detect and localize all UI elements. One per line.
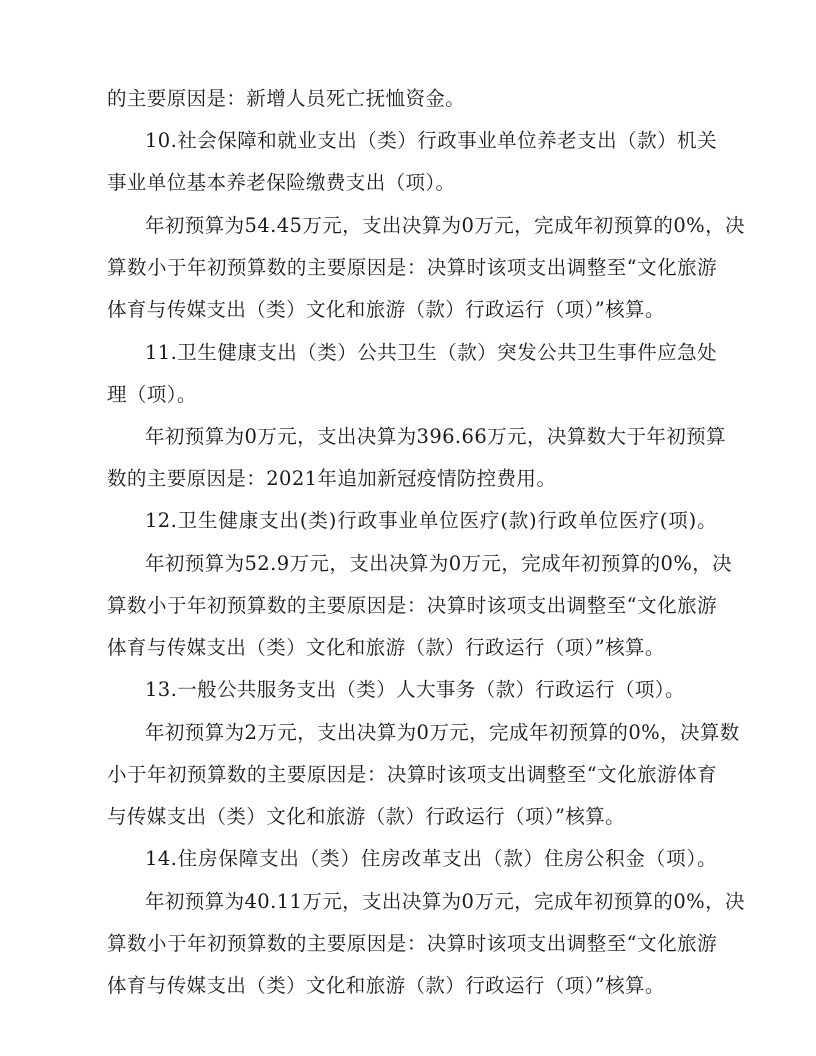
item-12-budget-text-cont: 算数小于年初预算数的主要原因是：决算时该项支出调整至“文化旅游 [107, 591, 717, 621]
document-page: 的主要原因是：新增人员死亡抚恤资金。 10.社会保障和就业支出（类）行政事业单位… [0, 0, 816, 1056]
item-12-budget-text-end: 体育与传媒支出（类）文化和旅游（款）行政运行（项）”核算。 [107, 633, 717, 663]
item-14-budget-text-cont: 算数小于年初预算数的主要原因是：决算时该项支出调整至“文化旅游 [107, 929, 717, 959]
item-10-budget-text-end: 体育与传媒支出（类）文化和旅游（款）行政运行（项）”核算。 [107, 295, 717, 325]
item-10-heading: 10.社会保障和就业支出（类）行政事业单位养老支出（款）机关 [145, 126, 717, 156]
item-10-budget-text: 年初预算为54.45万元，支出决算为0万元，完成年初预算的0%，决 [145, 211, 717, 241]
continuation-line-reason-9: 的主要原因是：新增人员死亡抚恤资金。 [107, 84, 717, 114]
item-13-budget-text: 年初预算为2万元，支出决算为0万元，完成年初预算的0%，决算数 [145, 718, 717, 748]
item-12-budget-text: 年初预算为52.9万元，支出决算为0万元，完成年初预算的0%，决 [145, 549, 717, 579]
item-14-budget-text-end: 体育与传媒支出（类）文化和旅游（款）行政运行（项）”核算。 [107, 971, 717, 1001]
item-11-heading-cont: 理（项）。 [107, 380, 717, 410]
item-11-heading: 11.卫生健康支出（类）公共卫生（款）突发公共卫生事件应急处 [145, 338, 717, 368]
item-13-budget-text-cont: 小于年初预算数的主要原因是：决算时该项支出调整至“文化旅游体育 [107, 760, 717, 790]
item-11-budget-text: 年初预算为0万元，支出决算为396.66万元，决算数大于年初预算 [145, 422, 717, 452]
item-12-heading: 12.卫生健康支出(类)行政事业单位医疗(款)行政单位医疗(项)。 [145, 506, 717, 536]
item-13-budget-text-end: 与传媒支出（类）文化和旅游（款）行政运行（项）”核算。 [107, 802, 717, 832]
item-10-heading-cont: 事业单位基本养老保险缴费支出（项）。 [107, 168, 717, 198]
item-13-heading: 13.一般公共服务支出（类）人大事务（款）行政运行（项）。 [145, 675, 717, 705]
item-11-budget-text-end: 数的主要原因是：2021年追加新冠疫情防控费用。 [107, 464, 717, 494]
item-14-heading: 14.住房保障支出（类）住房改革支出（款）住房公积金（项）。 [145, 844, 717, 874]
item-14-budget-text: 年初预算为40.11万元，支出决算为0万元，完成年初预算的0%，决 [145, 887, 717, 917]
item-10-budget-text-cont: 算数小于年初预算数的主要原因是：决算时该项支出调整至“文化旅游 [107, 253, 717, 283]
